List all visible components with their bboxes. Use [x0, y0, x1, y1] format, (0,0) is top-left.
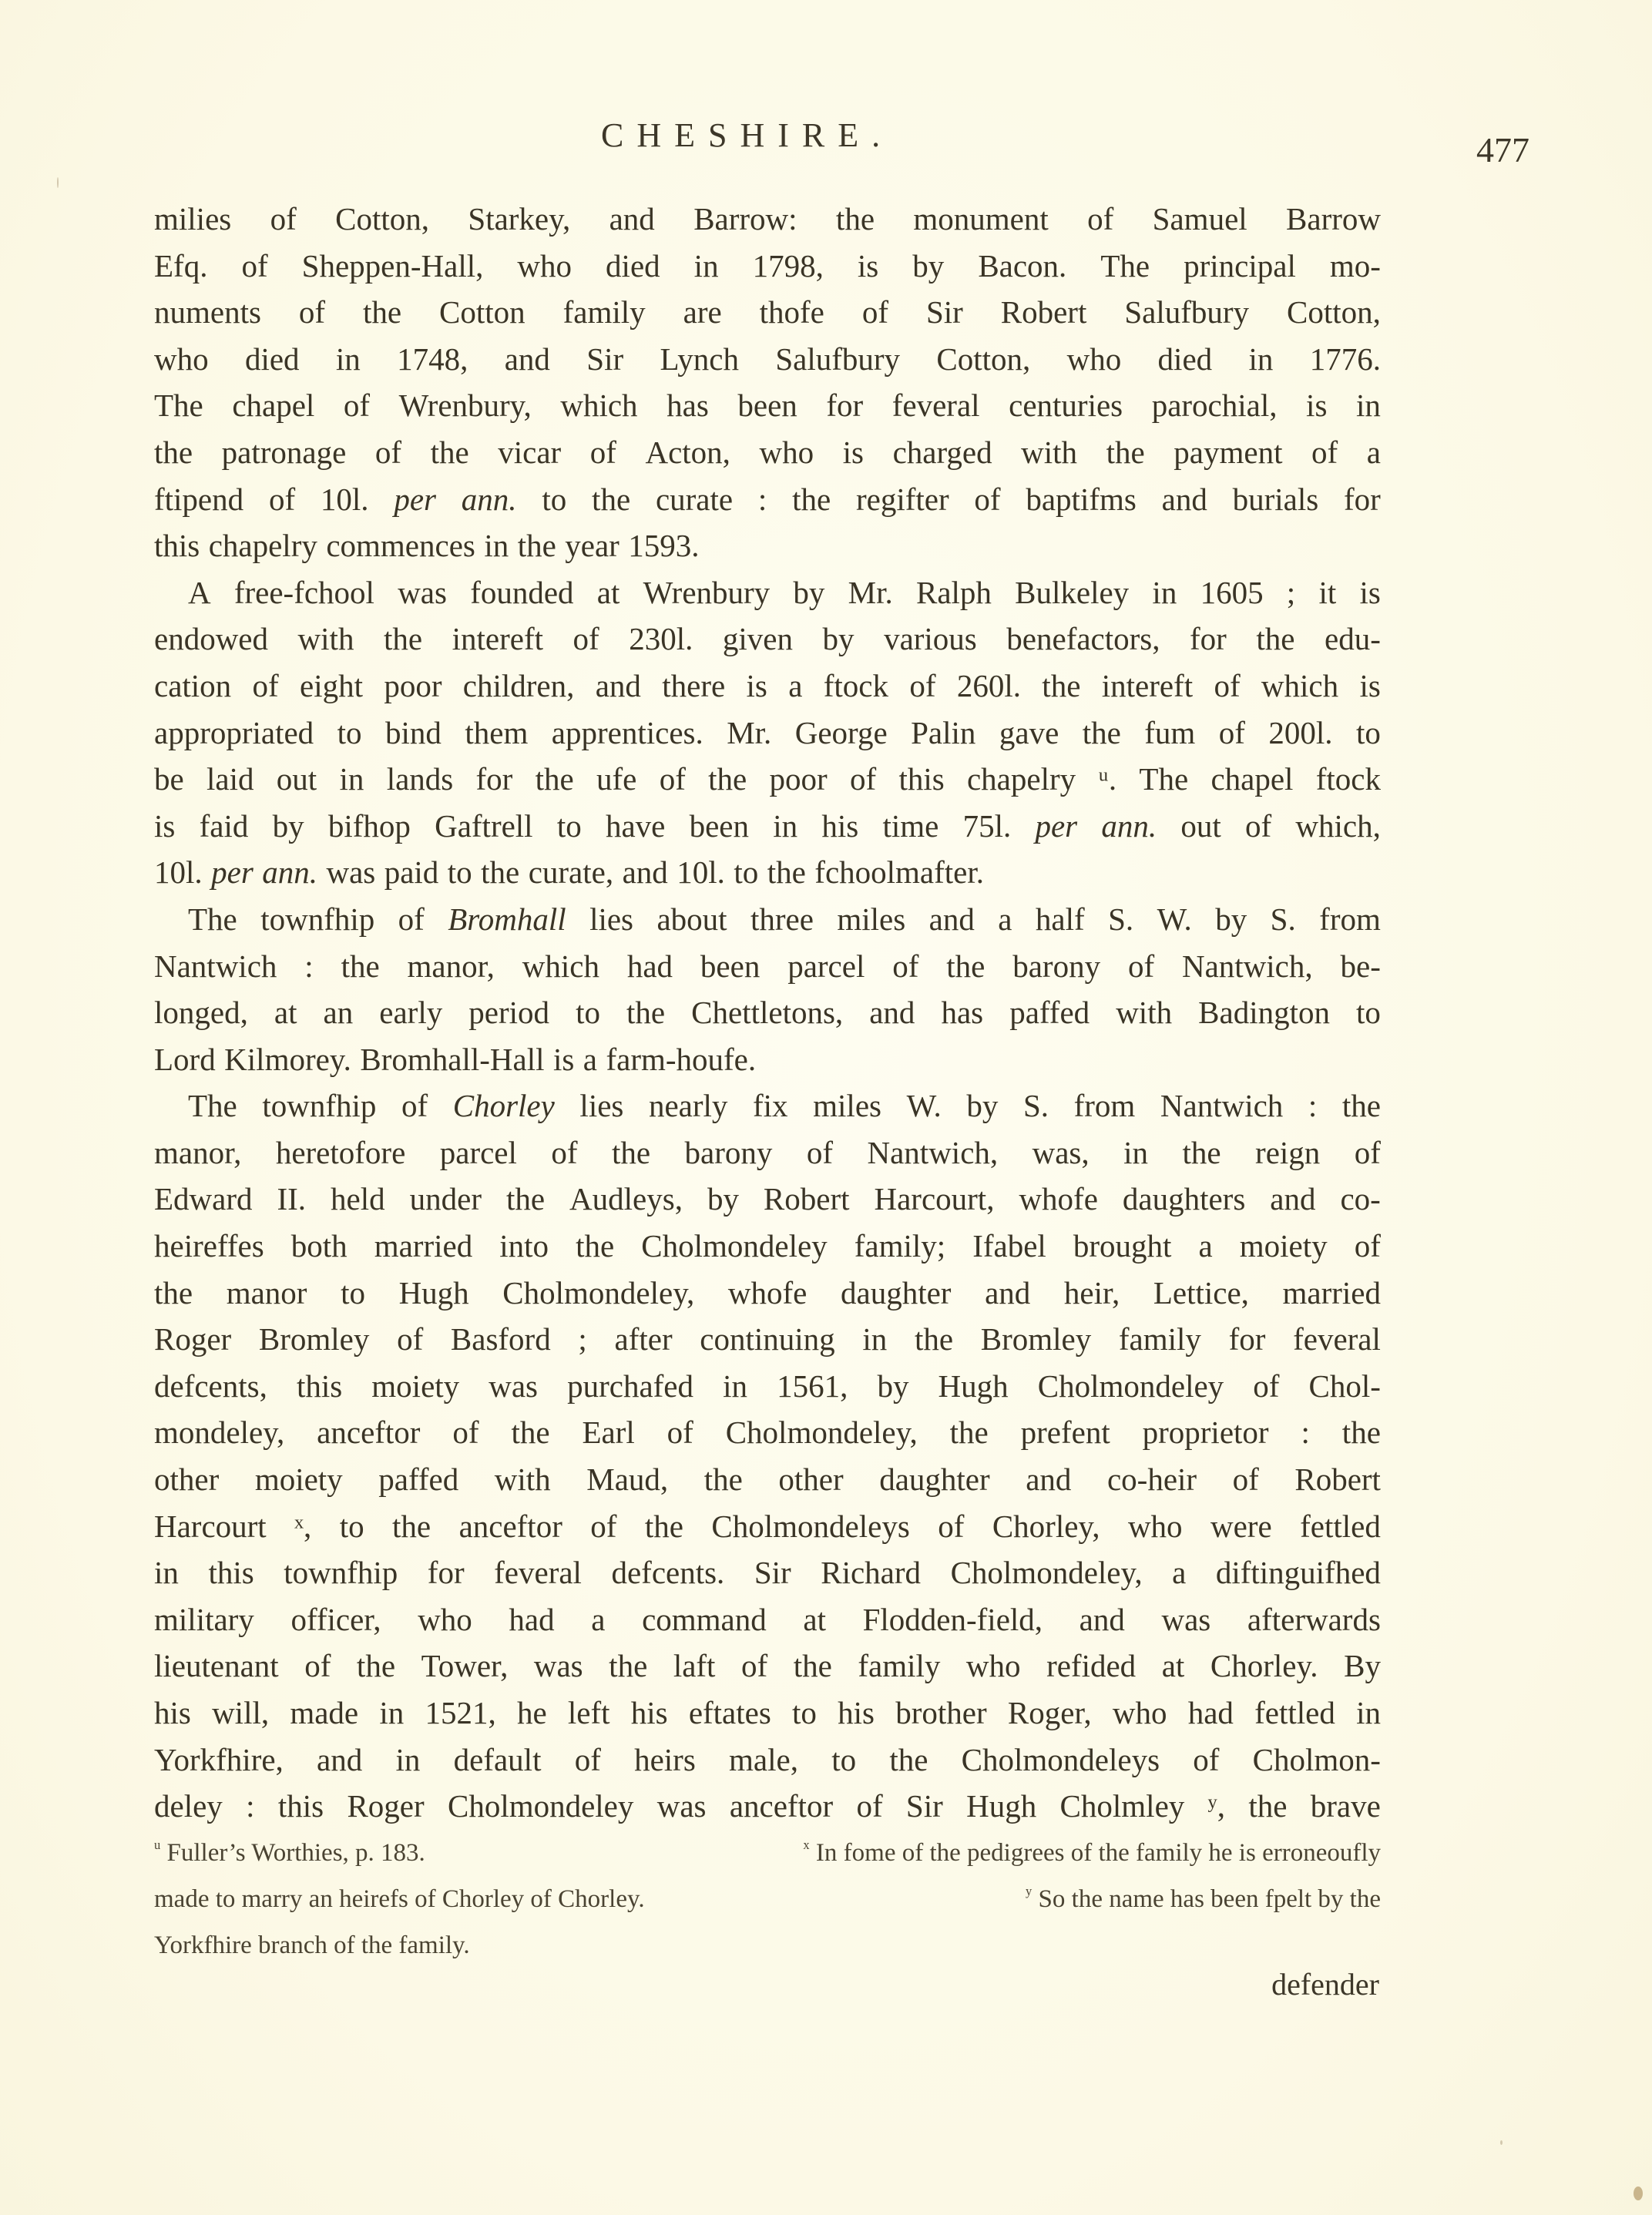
word: heir, [1064, 1270, 1120, 1317]
word: the [950, 1409, 989, 1456]
word: of [551, 1129, 577, 1176]
word: Lynch [660, 336, 738, 383]
text-line: appropriatedtobindthemapprentices.Mr.Geo… [154, 710, 1381, 757]
word: ; [1287, 569, 1295, 616]
word: purchafed [567, 1363, 693, 1410]
word: of [590, 429, 616, 476]
running-title: CHESHIRE. [601, 116, 893, 155]
word: and [609, 196, 655, 243]
word: anceftor [317, 1409, 420, 1456]
word: of [270, 196, 297, 243]
word: of [241, 243, 267, 290]
word: lies [579, 1082, 623, 1129]
word: the [154, 1270, 193, 1317]
word: barony [1012, 943, 1100, 990]
footnote-line-1: u Fuller’s Worthies, p. 183. x In fome o… [154, 1830, 1381, 1876]
footnote-x-text-2: made to marry an heirefs of Chorley of C… [154, 1876, 645, 1922]
word: a [1172, 1549, 1186, 1596]
word: 75l. [963, 803, 1012, 850]
word: has [667, 382, 709, 429]
word: the [536, 756, 574, 803]
word: at [274, 989, 297, 1036]
word: at [1162, 1643, 1185, 1690]
text-line: othermoietypaffedwithMaud,theotherdaught… [154, 1456, 1381, 1503]
paper-speck [1500, 2140, 1503, 2145]
word: daughter [841, 1270, 951, 1317]
word: founded [470, 569, 573, 616]
word: co- [1340, 1176, 1380, 1223]
book-page: CHESHIRE. 477 miliesofCotton,Starkey,and… [0, 0, 1652, 2215]
word: Sheppen-Hall, [302, 243, 484, 290]
word: and [596, 663, 641, 710]
text-line: mondeley,anceftoroftheEarlofCholmondeley… [154, 1409, 1381, 1456]
word: W. [1157, 896, 1192, 943]
word: Harcourt [154, 1503, 267, 1550]
word: into [499, 1223, 549, 1270]
word: manor [227, 1270, 307, 1317]
word: feveral [892, 382, 980, 429]
word: the [708, 756, 747, 803]
word: at [597, 569, 620, 616]
word: Richard [821, 1549, 921, 1596]
word: Cotton, [936, 336, 1030, 383]
word: paffed [1009, 989, 1090, 1036]
text-line: inthistownfhipforfeveraldefcents.SirRich… [154, 1549, 1381, 1596]
word: this [898, 756, 944, 803]
word: Mr. [848, 569, 893, 616]
word: Bromhall-Hall [360, 1036, 544, 1083]
word: the [1342, 1082, 1381, 1129]
word: the [154, 429, 193, 476]
word: bifhop [328, 803, 411, 850]
word: and [505, 336, 550, 383]
word: was [326, 849, 375, 896]
word: Chorley. [1210, 1643, 1318, 1690]
text-line: RogerBromleyofBasford;aftercontinuingint… [154, 1316, 1381, 1363]
word: the [946, 943, 985, 990]
word: a [998, 896, 1012, 943]
word: burials [1233, 476, 1319, 523]
word: was, [1032, 1129, 1090, 1176]
word: the [363, 289, 401, 336]
word: after [615, 1316, 673, 1363]
word: ʸ, [1208, 1783, 1225, 1830]
word: Robert [1294, 1456, 1381, 1503]
word: there [662, 663, 725, 710]
word: The [1139, 756, 1188, 803]
word: was [1162, 1596, 1211, 1643]
text-line: EdwardII.heldundertheAudleys,byRobertHar… [154, 1176, 1381, 1223]
word: patronage [222, 429, 347, 476]
word: Samuel [1153, 196, 1247, 243]
word: chapel [232, 382, 314, 429]
word: The [154, 382, 203, 429]
word: of [344, 382, 370, 429]
word: chapelry [967, 756, 1076, 803]
word: who [154, 336, 209, 383]
word: Audleys, [569, 1176, 683, 1223]
word: been [700, 943, 760, 990]
word: appropriated [154, 710, 314, 757]
paper-speck [1634, 2186, 1643, 2200]
word: fchoolmafter. [814, 849, 984, 896]
word: had [509, 1596, 554, 1643]
word: 200l. [1268, 710, 1332, 757]
word: S. [1023, 1082, 1049, 1129]
word: laid [206, 756, 254, 803]
catchword: defender [1271, 1966, 1379, 2002]
word: Robert [764, 1176, 850, 1223]
word: eight [300, 663, 363, 710]
word: for [1190, 616, 1227, 663]
word: milies [154, 196, 231, 243]
word: Sir [906, 1783, 943, 1830]
word: in [1356, 1690, 1381, 1737]
word: Chorley, [992, 1503, 1100, 1550]
word: daughter [879, 1456, 989, 1503]
footnote-x-text-1: In fome of the pedigrees of the family h… [816, 1839, 1381, 1867]
word: : [246, 1783, 254, 1830]
word: intereft [1102, 663, 1193, 710]
word: in [1152, 569, 1177, 616]
word: by [966, 1082, 998, 1129]
word: have [606, 803, 665, 850]
word: of [741, 1643, 767, 1690]
word: was [398, 569, 447, 616]
word: heireffes [154, 1223, 264, 1270]
word: II. [277, 1176, 307, 1223]
word: in [1356, 382, 1381, 429]
word: chapelry [209, 522, 317, 569]
word: paffed [378, 1456, 458, 1503]
word: Edward [154, 1176, 253, 1223]
word: this [297, 1363, 342, 1410]
word: moiety [1240, 1223, 1328, 1270]
word: and [1080, 1596, 1125, 1643]
word: Cotton, [335, 196, 429, 243]
word: the [592, 476, 630, 523]
word: of [299, 289, 325, 336]
word: died [606, 243, 660, 290]
word: in [379, 1690, 404, 1737]
word: Sir [586, 336, 623, 383]
text-line: cationofeightpoorchildren,andthereisafto… [154, 663, 1381, 710]
word: ; [578, 1316, 586, 1363]
word: reign [1255, 1129, 1320, 1176]
word: mo- [1330, 243, 1381, 290]
word: ann. [262, 849, 317, 896]
word: Hugh [938, 1363, 1009, 1410]
word: of [667, 1409, 693, 1456]
word: W. [907, 1082, 942, 1129]
word: charged [893, 429, 992, 476]
word: lands [387, 756, 454, 803]
word: poor [384, 663, 442, 710]
word: from [1319, 896, 1381, 943]
word: brought [1073, 1223, 1172, 1270]
word: poor [770, 756, 828, 803]
word: be [154, 756, 184, 803]
word: of [573, 616, 599, 663]
word: payment [1174, 429, 1282, 476]
word: endowed [154, 616, 268, 663]
word: Wrenbury, [399, 382, 532, 429]
word: the [357, 1643, 395, 1690]
word: command [642, 1596, 767, 1643]
word: default [454, 1737, 542, 1784]
word: who [1067, 336, 1122, 383]
word: with [495, 1456, 551, 1503]
word: the [1106, 429, 1145, 476]
word: of [401, 1082, 428, 1129]
word: Harcourt, [875, 1176, 995, 1223]
text-line: Nantwich:themanor,whichhadbeenparcelofth… [154, 943, 1381, 990]
word: proprietor [1143, 1409, 1269, 1456]
word: deley [154, 1783, 223, 1830]
word: was [489, 1363, 538, 1410]
text-line: defcents,thismoietywaspurchafedin1561,by… [154, 1363, 1381, 1410]
word: various [884, 616, 977, 663]
word: Ifabel [972, 1223, 1046, 1270]
word: townfhip [262, 1082, 376, 1129]
word: brother [895, 1690, 986, 1737]
footnote-y-start: y So the name has been fpelt by the [1026, 1876, 1381, 1922]
word: Cholmondeley, [726, 1409, 918, 1456]
text-line: hiswill,madein1521,helefthiseftatestohis… [154, 1690, 1381, 1737]
word: to [576, 989, 600, 1036]
word: to [1356, 989, 1381, 1036]
word: for [1229, 1316, 1266, 1363]
word: of [269, 476, 295, 523]
word: Chol- [1309, 1363, 1381, 1410]
word: the [915, 1316, 953, 1363]
word: Robert [1001, 289, 1087, 336]
word: townfhip [284, 1549, 398, 1596]
word: Nantwich, [868, 1129, 999, 1176]
body-text: miliesofCotton,Starkey,andBarrow:themonu… [154, 196, 1381, 1830]
word: and [317, 1737, 362, 1784]
word: nearly [649, 1082, 727, 1129]
word: 1593. [628, 522, 699, 569]
word: of [862, 289, 888, 336]
text-line: longed,atanearlyperiodtotheChettletons,a… [154, 989, 1381, 1036]
word: Ralph [916, 569, 992, 616]
word: lieutenant [154, 1643, 279, 1690]
footnote-line-3: Yorkfhire branch of the family. [154, 1922, 1381, 1968]
word: mondeley, [154, 1409, 284, 1456]
word: is [843, 429, 864, 476]
word: Hugh [966, 1783, 1036, 1830]
word: to [448, 849, 472, 896]
word: the [612, 1129, 650, 1176]
word: 1748, [397, 336, 468, 383]
word: Salufbury [775, 336, 900, 383]
word: ann. [462, 476, 517, 523]
word: miles [837, 896, 905, 943]
word: which [560, 382, 637, 429]
word: a [788, 663, 802, 710]
word: brave [1311, 1783, 1381, 1830]
word: fettled [1300, 1503, 1381, 1550]
word: daughters [1123, 1176, 1245, 1223]
word: of [590, 1503, 616, 1550]
word: prefent [1021, 1409, 1110, 1456]
word: family [858, 1643, 940, 1690]
word: to [542, 476, 566, 523]
word: them [465, 710, 528, 757]
word: the [1042, 663, 1080, 710]
footnote-mark-u: u [154, 1837, 160, 1852]
word: of [1355, 1223, 1381, 1270]
word: townfhip [260, 896, 374, 943]
word: in [694, 243, 719, 290]
word: 1605 [1200, 569, 1264, 616]
word: in [773, 803, 797, 850]
word: died [245, 336, 300, 383]
word: S. [1271, 896, 1296, 943]
word: Cholmondeley, [502, 1270, 694, 1317]
word: been [690, 803, 749, 850]
word: George [795, 710, 888, 757]
word: vicar [498, 429, 561, 476]
text-line: lieutenantoftheTower,wasthelaftofthefami… [154, 1643, 1381, 1690]
word: in [484, 522, 509, 569]
word: Roger [347, 1783, 424, 1830]
word: lies [589, 896, 633, 943]
word: moiety [371, 1363, 459, 1410]
word: with [1116, 989, 1172, 1036]
word: : [1308, 1082, 1317, 1129]
word: is [154, 803, 175, 850]
word: of [398, 896, 425, 943]
word: family [563, 289, 646, 336]
word: in [336, 336, 361, 383]
word: diftinguifhed [1216, 1549, 1381, 1596]
word: Roger [154, 1316, 231, 1363]
word: Sir [754, 1549, 791, 1596]
word: Badington [1198, 989, 1330, 1036]
word: by [793, 569, 824, 616]
word: feveral [494, 1549, 582, 1596]
word: of [1311, 429, 1338, 476]
word: year [565, 522, 619, 569]
word: monument [913, 196, 1048, 243]
word: his [154, 1690, 191, 1737]
text-line: thepatronageofthevicarofActon,whoischarg… [154, 429, 1381, 476]
word: fettled [1254, 1690, 1335, 1737]
word: by [823, 616, 855, 663]
word: in [395, 1737, 420, 1784]
word: is [1359, 663, 1380, 710]
text-line: Afree-fchoolwasfoundedatWrenburybyMr.Ral… [154, 569, 1381, 616]
word: S. [1108, 896, 1133, 943]
word: the [704, 1456, 743, 1503]
word: free-fchool [234, 569, 374, 616]
word: made [290, 1690, 358, 1737]
footnote-x-start: x In fome of the pedigrees of the family… [803, 1830, 1381, 1876]
word: to [337, 710, 362, 757]
word: ˣ, [294, 1503, 311, 1550]
word: farm-houfe. [606, 1036, 756, 1083]
word: and [869, 989, 915, 1036]
word: A [188, 569, 211, 616]
word: Bromhall [448, 896, 566, 943]
word: of [850, 756, 876, 803]
word: parochial, [1152, 382, 1278, 429]
text-line: Efq.ofSheppen-Hall,whodiedin1798,isbyBac… [154, 243, 1381, 290]
word: 1776. [1310, 336, 1381, 383]
word: Lord [154, 1036, 216, 1083]
word: co-heir [1107, 1456, 1197, 1503]
word: for [1344, 476, 1381, 523]
text-line: heireffesbothmarriedintotheCholmondeleyf… [154, 1223, 1381, 1270]
word: to [557, 803, 582, 850]
text-line: 10l.perann.waspaidtothecurate,and10l.tot… [154, 849, 1381, 896]
word: Kilmorey. [224, 1036, 351, 1083]
word: early [379, 989, 442, 1036]
word: continuing [700, 1316, 834, 1363]
word: 10l. [154, 849, 203, 896]
word: defcents, [154, 1363, 267, 1410]
word: The [188, 1082, 237, 1129]
word: Cholmondeleys [711, 1503, 909, 1550]
word: has [941, 989, 983, 1036]
word: the [431, 429, 469, 476]
word: Flodden-field, [863, 1596, 1043, 1643]
text-line: manor,heretoforeparcelofthebaronyofNantw… [154, 1129, 1381, 1176]
word: of [974, 476, 1000, 523]
page-number: 477 [1476, 129, 1529, 170]
word: the [1083, 710, 1121, 757]
word: under [410, 1176, 482, 1223]
word: ftock [1316, 756, 1381, 803]
word: for [428, 1549, 465, 1596]
word: of [1219, 710, 1245, 757]
word: family [1119, 1316, 1201, 1363]
word: principal [1184, 243, 1296, 290]
word: the [889, 1737, 928, 1784]
word: the [1248, 1783, 1287, 1830]
word: 260l. [957, 663, 1021, 710]
text-line: numentsoftheCottonfamilyarethofeofSirRob… [154, 289, 1381, 336]
word: and [623, 849, 668, 896]
word: By [1344, 1643, 1381, 1690]
text-line: thischapelrycommencesintheyear1593. [154, 522, 1381, 569]
word: a [1367, 429, 1381, 476]
word: longed, [154, 989, 248, 1036]
word: the [794, 1643, 832, 1690]
word: Bulkeley [1015, 569, 1129, 616]
word: Lettice, [1153, 1270, 1249, 1317]
word: the [767, 849, 806, 896]
word: edu- [1325, 616, 1381, 663]
footnote-mark-y: y [1026, 1884, 1032, 1898]
word: the [609, 1643, 647, 1690]
word: by [1215, 896, 1247, 943]
word: fix [753, 1082, 788, 1129]
word: 1798, [753, 243, 824, 290]
word: children, [463, 663, 575, 710]
word: to [734, 849, 758, 896]
word: is [1306, 382, 1327, 429]
word: be- [1341, 943, 1381, 990]
running-head: CHESHIRE. 477 [0, 116, 1652, 162]
word: a [583, 1036, 597, 1083]
word: Earl [582, 1409, 634, 1456]
word: Nantwich, [1182, 943, 1313, 990]
text-line: isfaidbybifhopGaftrelltohavebeeninhistim… [154, 803, 1381, 850]
word: other [778, 1456, 843, 1503]
